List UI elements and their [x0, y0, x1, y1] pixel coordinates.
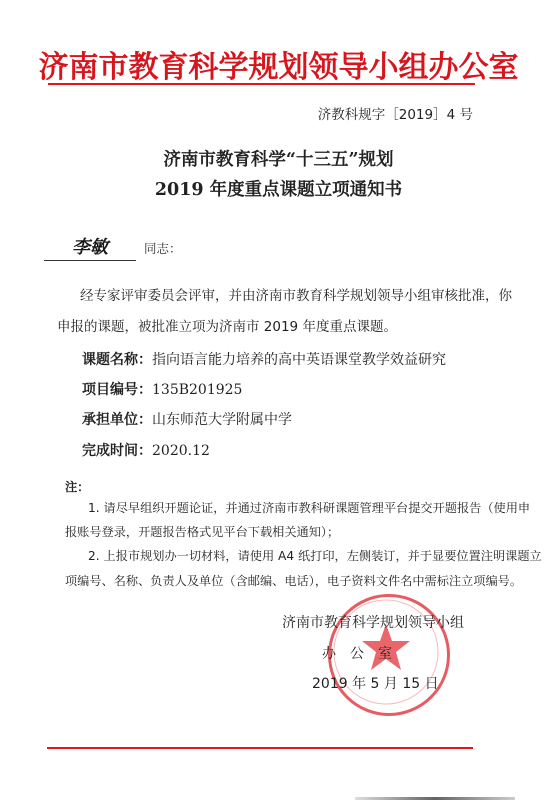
- notes-heading: 注：: [65, 478, 89, 495]
- field-label: 承担单位：: [82, 412, 152, 428]
- document-number: 济教科规字［2019］4 号: [318, 103, 473, 123]
- header-divider: [48, 83, 475, 85]
- body-paragraph-line-1: 经专家评审委员会评审，并由济南市教育科学规划领导小组审核批准，你: [80, 284, 512, 304]
- field-value: 2020.12: [152, 443, 210, 459]
- note-1-line-1: 1. 请尽早组织开题论证，并通过济南市教科研课题管理平台提交开题报告（使用申: [88, 499, 530, 516]
- body-paragraph-line-2: 申报的课题，被批准立项为济南市 2019 年度重点课题。: [57, 315, 397, 335]
- recipient-name: 李敏: [44, 233, 136, 261]
- salutation: 同志：: [144, 241, 182, 256]
- note-1-line-2: 报账号登录，开题报告格式见平台下载相关通知）；: [65, 523, 339, 540]
- field-value: 135B201925: [152, 382, 242, 398]
- field-label: 课题名称：: [82, 352, 152, 368]
- signature-organization: 济南市教育科学规划领导小组: [282, 612, 464, 632]
- title-line-2: 2019 年度重点课题立项通知书: [0, 176, 557, 201]
- signature-office: 办 公 室: [322, 643, 392, 663]
- organization-header: 济南市教育科学规划领导小组办公室: [0, 42, 557, 86]
- footer-divider: [47, 747, 473, 749]
- field-value: 山东师范大学附属中学: [152, 412, 292, 428]
- note-2-line-2: 项编号、名称、负责人及单位（含邮编、电话），电子资料文件名中需标注立项编号。: [65, 572, 522, 589]
- field-label: 项目编号：: [82, 382, 152, 398]
- title-line-1: 济南市教育科学“十三五”规划: [0, 146, 557, 171]
- field-project-number: 项目编号：135B201925: [82, 379, 242, 399]
- recipient-line: 李敏同志：: [44, 233, 182, 261]
- field-project-title: 课题名称：指向语言能力培养的高中英语课堂教学效益研究: [82, 349, 446, 369]
- field-value: 指向语言能力培养的高中英语课堂教学效益研究: [152, 352, 446, 368]
- field-host-unit: 承担单位：山东师范大学附属中学: [82, 409, 292, 429]
- field-label: 完成时间：: [82, 443, 152, 459]
- signature-date: 2019 年 5 月 15 日: [312, 673, 439, 693]
- field-completion-date: 完成时间：2020.12: [82, 440, 210, 460]
- note-2-line-1: 2. 上报市规划办一切材料，请使用 A4 纸打印，左侧装订，并于显要位置注明课题…: [88, 547, 542, 564]
